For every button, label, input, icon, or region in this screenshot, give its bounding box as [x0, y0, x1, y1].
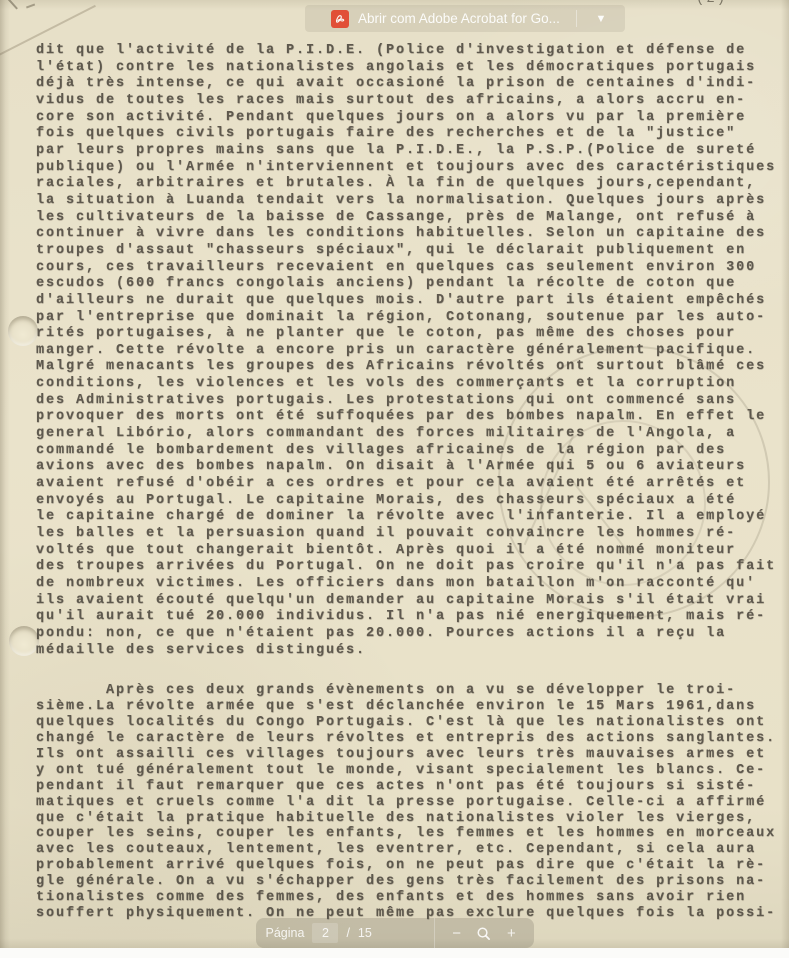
document-line: de nombreux victimes. Les officiers dans…: [36, 576, 781, 593]
document-line: voltés que tout changerait bientôt. Aprè…: [36, 543, 781, 560]
document-line: provoquer des morts ont été suffoquées p…: [36, 409, 781, 426]
document-line: quelques localités du Congo Portugais. C…: [36, 715, 781, 731]
document-line: l'état) contre les nationalistes angolai…: [36, 60, 781, 77]
page-corner-number: (2): [696, 0, 727, 7]
open-with-main[interactable]: Abrir com Adobe Acrobat for Go...: [305, 10, 576, 28]
document-line: raciales, arbitraires et brutales. À la …: [36, 176, 781, 193]
document-line: gle générale. On a vu s'échapper des gen…: [36, 874, 781, 890]
document-line: couper les seins, couper les enfants, le…: [36, 826, 781, 842]
document-line: avions avec des bombes napalm. On disait…: [36, 459, 781, 476]
document-line: d'ailleurs ne durait que quelques mois. …: [36, 293, 781, 310]
document-line: pondu: non, ce que n'étaient pas 20.000.…: [36, 626, 781, 643]
document-line: qu'il aurait tué 20.000 individus. Il n'…: [36, 609, 781, 626]
page-number-input[interactable]: 2: [312, 923, 338, 943]
document-line: Malgré menacants les groupes des Africai…: [36, 359, 781, 376]
document-line: que c'était la pratique habituelle des n…: [36, 811, 781, 827]
document-line: manger. Cette révolte a encore pris un c…: [36, 343, 781, 360]
document-text: dit que l'activité de la P.I.D.E. (Polic…: [36, 43, 781, 922]
document-line: commandé le bombardement des villages af…: [36, 443, 781, 460]
zoom-in-button[interactable]: +: [503, 926, 520, 941]
document-line: escudos (600 francs congolais anciens) p…: [36, 276, 781, 293]
page-label: Página: [266, 926, 305, 940]
zoom-controls: − +: [435, 918, 534, 948]
document-line: avec les couteaux, lentement, les eventr…: [36, 842, 781, 858]
zoom-out-button[interactable]: −: [448, 926, 465, 941]
document-line: vidus de toutes les races mais surtout d…: [36, 93, 781, 110]
adobe-acrobat-icon: [331, 10, 349, 28]
document-line: Après ces deux grands évènements on a vu…: [36, 683, 781, 699]
scanned-page: (2) dit que l'activité de la P.I.D.E. (P…: [0, 0, 789, 948]
viewer-background: [0, 948, 789, 958]
total-pages: 15: [358, 926, 372, 940]
chevron-down-icon[interactable]: ▼: [577, 13, 625, 25]
document-line: avaient refusé d'obéir a ces ordres et p…: [36, 476, 781, 493]
document-line: publique) ou l'Armée n'interviennent et …: [36, 160, 781, 177]
open-with-acrobat-button[interactable]: Abrir com Adobe Acrobat for Go... ▼: [305, 5, 625, 32]
hole-punch: [8, 316, 38, 346]
document-line: déjà très intense, ce qui avait occasion…: [36, 76, 781, 93]
document-line: tionalistes comme des femmes, des enfant…: [36, 890, 781, 906]
hole-punch: [9, 626, 39, 656]
document-line: ils avaient écouté quelqu'un demander au…: [36, 593, 781, 610]
open-with-label: Abrir com Adobe Acrobat for Go...: [358, 11, 560, 26]
document-line: la situation à Luanda tendait vers la no…: [36, 193, 781, 210]
document-line: des Administratives portugais. Les prote…: [36, 393, 781, 410]
document-line: matiques et cruels comme l'a dit la pres…: [36, 795, 781, 811]
paragraph: dit que l'activité de la P.I.D.E. (Polic…: [36, 43, 781, 659]
page-separator: /: [346, 926, 349, 940]
document-line: troupes d'assaut "chasseurs spéciaux", q…: [36, 243, 781, 260]
document-line: par leurs propres mains sans que la P.I.…: [36, 143, 781, 160]
document-line: médaille des services distingués.: [36, 643, 781, 660]
paper-edge-shadow-left: [0, 0, 10, 948]
magnifier-icon[interactable]: [476, 926, 491, 941]
document-line: conditions, les violences et les vols de…: [36, 376, 781, 393]
page-navigation: Página 2 / 15: [256, 918, 434, 948]
document-line: general Libório, alors commandant des fo…: [36, 426, 781, 443]
document-line: Ils ont assailli ces villages toujours a…: [36, 747, 781, 763]
document-line: y ont tué généralement tout le monde, vi…: [36, 763, 781, 779]
document-line: le capitaine chargé de dominer la révolt…: [36, 509, 781, 526]
document-line: rités portugaises, à ne planter que le c…: [36, 326, 781, 343]
document-line: probablement arrivé quelques fois, on ne…: [36, 858, 781, 874]
document-line: fois quelques civils portugais faire des…: [36, 126, 781, 143]
document-line: sième.La révolte armée que s'est déclanc…: [36, 699, 781, 715]
document-line: envoyés au Portugal. Le capitaine Morais…: [36, 493, 781, 510]
document-line: core son activité. Pendant quelques jour…: [36, 110, 781, 127]
document-line: continuer à vivre dans les conditions ha…: [36, 226, 781, 243]
document-line: pendant il faut remarquer que ces actes …: [36, 779, 781, 795]
document-line: des troupes arrivées du Portugal. On ne …: [36, 559, 781, 576]
page-toolbar: Página 2 / 15 − +: [256, 918, 534, 948]
document-line: les balles et la persuasion quand il pou…: [36, 526, 781, 543]
paragraph: Après ces deux grands évènements on a vu…: [36, 683, 781, 922]
document-line: par l'entreprise que dominait la région,…: [36, 310, 781, 327]
pencil-mark: [26, 4, 35, 8]
document-line: dit que l'activité de la P.I.D.E. (Polic…: [36, 43, 781, 60]
document-line: cours, ces travailleurs recevaient en qu…: [36, 260, 781, 277]
pdf-viewer: (2) dit que l'activité de la P.I.D.E. (P…: [0, 0, 789, 958]
paper-edge-shadow-right: [781, 0, 789, 948]
document-line: les cultivateurs de la baisse de Cassang…: [36, 210, 781, 227]
document-line: changé le caractère de leurs révoltes et…: [36, 731, 781, 747]
